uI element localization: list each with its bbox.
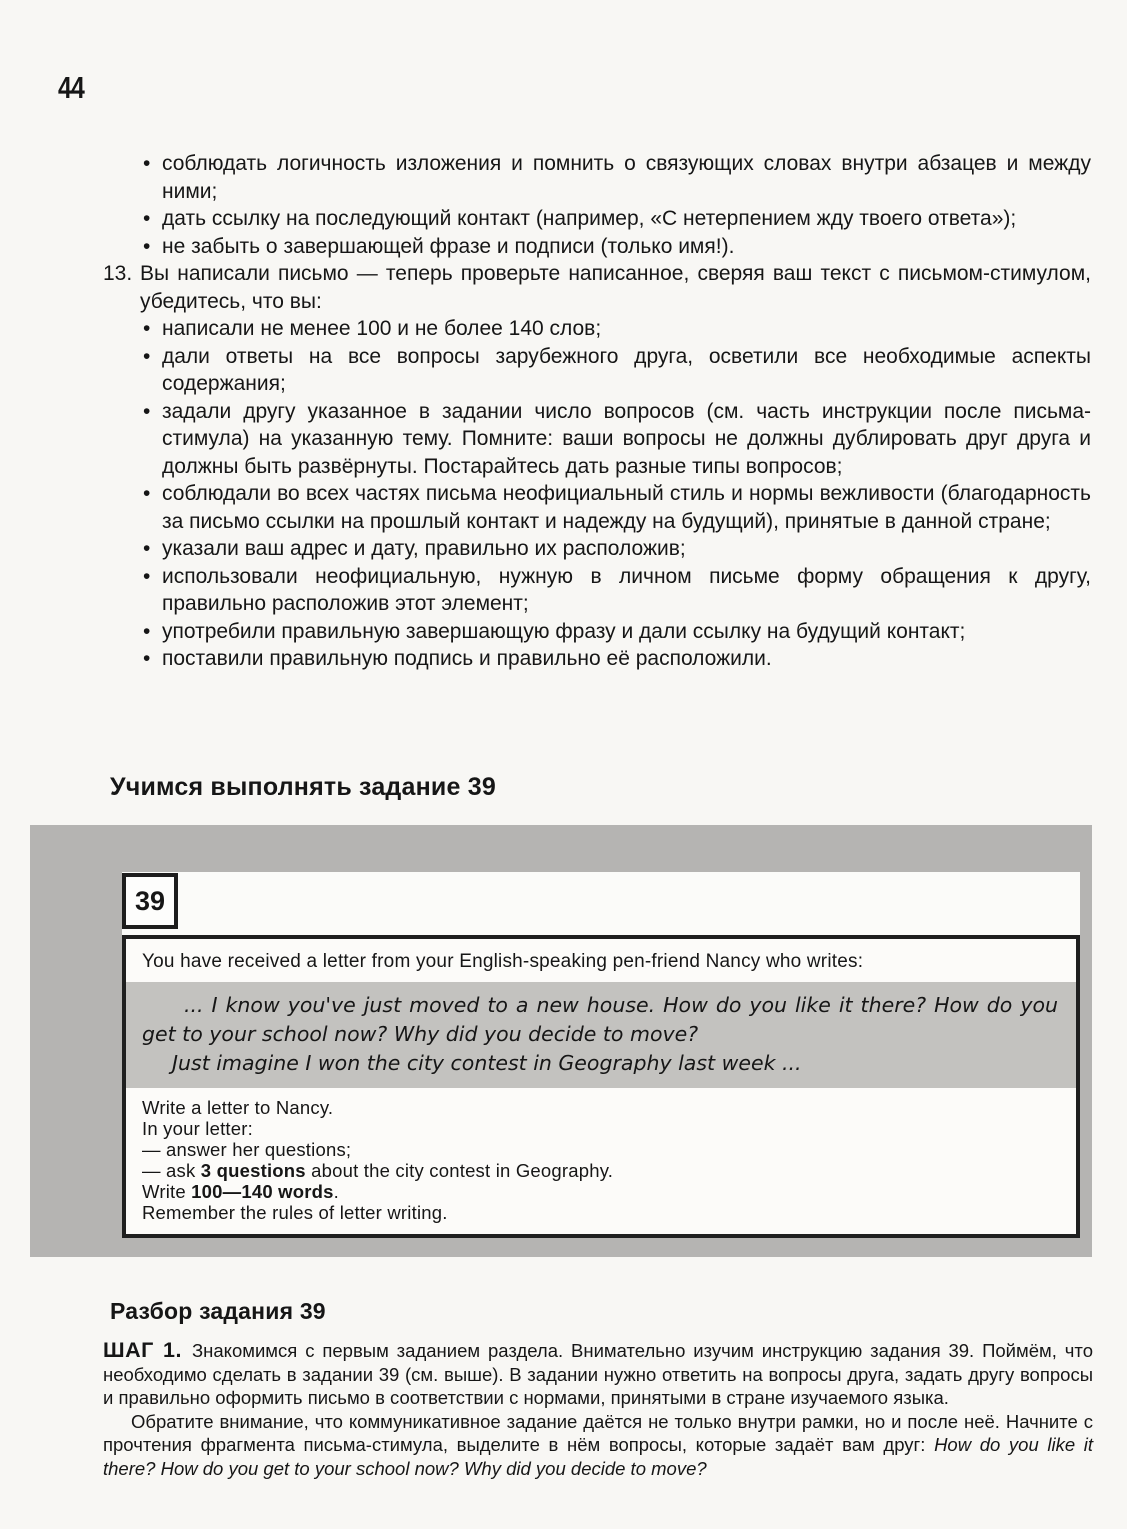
task-number-badge: 39 — [122, 873, 178, 929]
checklist-item: задали другу указанное в задании число в… — [143, 398, 1091, 481]
item-13-sub-bullets: написали не менее 100 и не более 140 сло… — [140, 315, 1091, 673]
checklist-item-text: указали ваш адрес и дату, правильно их р… — [162, 535, 1091, 563]
bullet-icon — [143, 480, 162, 535]
checklist-item-text: употребили правильную завершающую фразу … — [162, 618, 1091, 646]
bullet-icon — [143, 233, 162, 261]
letter-excerpt-paragraph: ... I know you've just moved to a new ho… — [142, 991, 1058, 1049]
bullet-icon — [143, 618, 162, 646]
step-1-label: ШАГ 1. — [103, 1338, 192, 1362]
bullet-icon — [143, 343, 162, 398]
letter-writing-checklist: соблюдать логичность изложения и помнить… — [103, 150, 1091, 673]
checklist-item-text: не забыть о завершающей фразе и подписи … — [162, 233, 1091, 261]
task-39-gray-panel: 39 You have received a letter from your … — [30, 825, 1092, 1257]
analysis-body: ШАГ 1.Знакомимся с первым заданием разде… — [103, 1339, 1093, 1480]
checklist-item-text: соблюдали во всех частях письма неофициа… — [162, 480, 1091, 535]
checklist-item: дать ссылку на последующий контакт (напр… — [143, 205, 1091, 233]
bullet-icon — [143, 205, 162, 233]
checklist-item: дали ответы на все вопросы зарубежного д… — [143, 343, 1091, 398]
checklist-item: не забыть о завершающей фразе и подписи … — [143, 233, 1091, 261]
checklist-item-text: дать ссылку на последующий контакт (напр… — [162, 205, 1091, 233]
task-39-box: You have received a letter from your Eng… — [122, 935, 1080, 1238]
checklist-item: указали ваш адрес и дату, правильно их р… — [143, 535, 1091, 563]
checklist-item-13: 13. Вы написали письмо — теперь проверьт… — [103, 260, 1091, 673]
note-paragraph: Обратите внимание, что коммуникативное з… — [103, 1410, 1093, 1481]
checklist-item-text: дали ответы на все вопросы зарубежного д… — [162, 343, 1091, 398]
section-heading-analysis-task-39: Разбор задания 39 — [110, 1298, 326, 1325]
checklist-item: написали не менее 100 и не более 140 сло… — [143, 315, 1091, 343]
checklist-item-text: поставили правильную подпись и правильно… — [162, 645, 1091, 673]
bullet-icon — [143, 398, 162, 481]
bullet-icon — [143, 535, 162, 563]
task-number-strip: 39 — [122, 872, 1080, 935]
checklist-item-text: соблюдать логичность изложения и помнить… — [162, 150, 1091, 205]
bullet-icon — [143, 315, 162, 343]
task-instruction-line: Remember the rules of letter writing. — [142, 1202, 1060, 1223]
pen-friend-letter-excerpt: ... I know you've just moved to a new ho… — [126, 982, 1076, 1088]
checklist-item: соблюдали во всех частях письма неофициа… — [143, 480, 1091, 535]
step-1-paragraph: ШАГ 1.Знакомимся с первым заданием разде… — [103, 1339, 1093, 1410]
task-instruction-line: — answer her questions; — [142, 1139, 1060, 1160]
task-instruction-line: Write 100—140 words. — [142, 1181, 1060, 1202]
checklist-item-text: использовали неофициальную, нужную в лич… — [162, 563, 1091, 618]
bullet-icon — [143, 563, 162, 618]
item-13-lead-text: Вы написали письмо — теперь проверьте на… — [140, 260, 1091, 315]
item-13-number: 13. — [103, 260, 140, 673]
checklist-item: поставили правильную подпись и правильно… — [143, 645, 1091, 673]
checklist-item: соблюдать логичность изложения и помнить… — [143, 150, 1091, 205]
task-instruction-line: Write a letter to Nancy. — [142, 1097, 1060, 1118]
checklist-item-text: задали другу указанное в задании число в… — [162, 398, 1091, 481]
page-number: 44 — [58, 70, 84, 106]
task-instructions: Write a letter to Nancy. In your letter:… — [142, 1097, 1060, 1223]
bullet-icon — [143, 645, 162, 673]
item-13-body: Вы написали письмо — теперь проверьте на… — [140, 260, 1091, 673]
bullet-icon — [143, 150, 162, 205]
checklist-item-text: написали не менее 100 и не более 140 сло… — [162, 315, 1091, 343]
checklist-item: употребили правильную завершающую фразу … — [143, 618, 1091, 646]
task-instruction-line: — ask 3 questions about the city contest… — [142, 1160, 1060, 1181]
task-intro-line: You have received a letter from your Eng… — [142, 951, 1060, 972]
step-1-text: Знакомимся с первым заданием раздела. Вн… — [103, 1340, 1093, 1408]
checklist-top-bullets: соблюдать логичность изложения и помнить… — [103, 150, 1091, 260]
checklist-item: использовали неофициальную, нужную в лич… — [143, 563, 1091, 618]
section-heading-learn-task-39: Учимся выполнять задание 39 — [110, 773, 496, 802]
task-instruction-line: In your letter: — [142, 1118, 1060, 1139]
letter-excerpt-paragraph: Just imagine I won the city contest in G… — [142, 1049, 1058, 1078]
